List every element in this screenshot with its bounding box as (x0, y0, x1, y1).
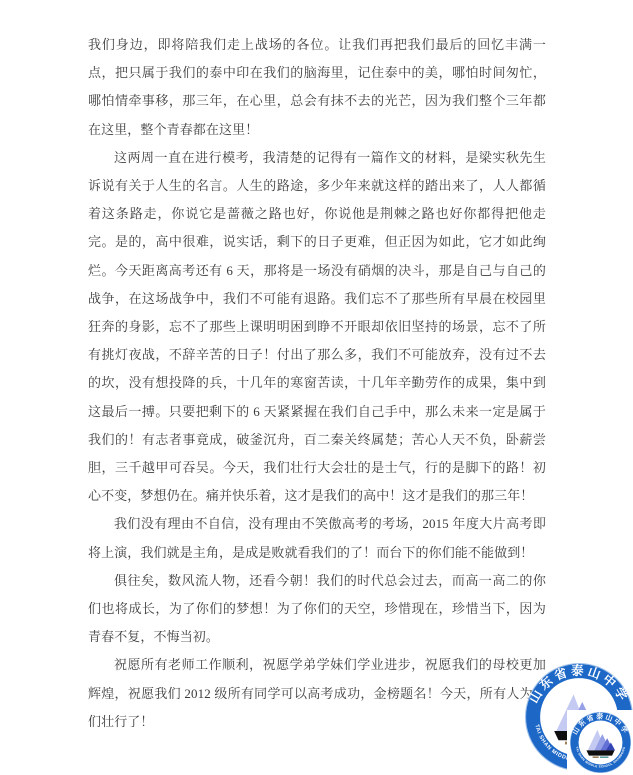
document-page: 山东省泰山中学 TAI SHAN MIDDLE SCHOOL SHANDONG … (0, 0, 633, 775)
school-seal-icon (570, 712, 631, 773)
paragraph: 这两周一直在进行模考，我清楚的记得有一篇作文的材料，是梁实秋先生诉说有关于人生的… (88, 144, 546, 511)
paragraph: 祝愿所有老师工作顺利，祝愿学弟学妹们学业进步，祝愿我们的母校更加辉煌，祝愿我们 … (88, 651, 546, 736)
paragraph: 我们身边，即将陪我们走上战场的各位。让我们再把我们最后的回忆丰满一点，把只属于我… (88, 31, 546, 144)
paragraph: 我们没有理由不自信，没有理由不笑傲高考的考场，2015 年度大片高考即将上演，我… (88, 510, 546, 566)
paragraph: 俱往矣，数风流人物，还看今朝！我们的时代总会过去，而高一高二的你们也将成长，为了… (88, 567, 546, 652)
document-body: 我们身边，即将陪我们走上战场的各位。让我们再把我们最后的回忆丰满一点，把只属于我… (88, 31, 546, 736)
school-seal-logo-small (567, 710, 633, 775)
